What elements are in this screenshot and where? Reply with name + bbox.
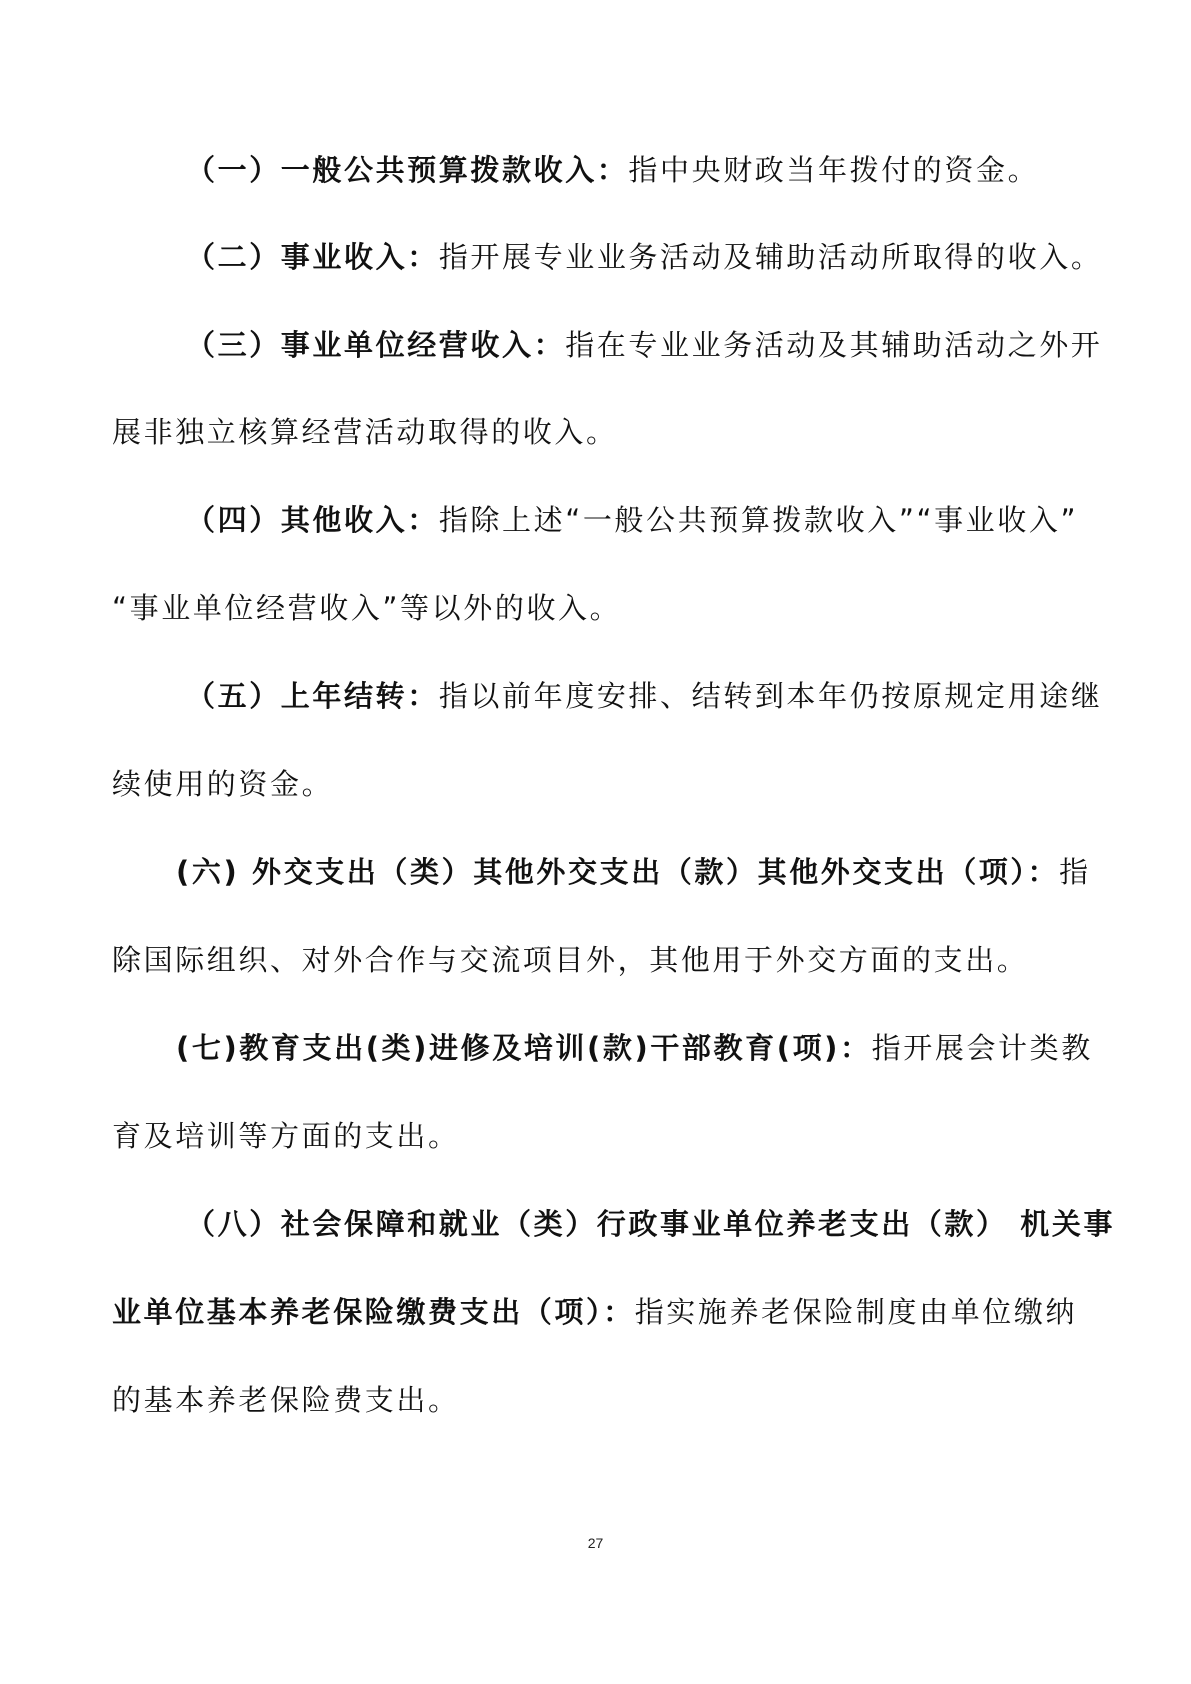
paragraph-4-line-2: “事业单位经营收入”等以外的收入。 bbox=[112, 588, 621, 628]
paragraph-6-line-1: (六) 外交支出（类）其他外交支出（款）其他外交支出（项）：指 bbox=[176, 852, 1091, 892]
paragraph-4-line-1: （四）其他收入：指除上述“一般公共预算拨款收入”“事业收入” bbox=[186, 500, 1078, 540]
paragraph-2-line-1: （二）事业收入：指开展专业业务活动及辅助活动所取得的收入。 bbox=[186, 237, 1102, 277]
paragraph-3-line-1: （三）事业单位经营收入：指在专业业务活动及其辅助活动之外开 bbox=[186, 325, 1102, 365]
page-number: 27 bbox=[0, 1535, 1191, 1551]
paragraph-7-line-1: (七)教育支出(类)进修及培训(款)干部教育(项)：指开展会计类教 bbox=[176, 1028, 1093, 1068]
paragraph-1-line-1: （一）一般公共预算拨款收入：指中央财政当年拨付的资金。 bbox=[186, 150, 1039, 190]
paragraph-7-line-2: 育及培训等方面的支出。 bbox=[112, 1116, 460, 1156]
paragraph-8-line-1: （八）社会保障和就业（类）行政事业单位养老支出（款） 机关事 bbox=[186, 1204, 1115, 1244]
paragraph-8-line-3: 的基本养老保险费支出。 bbox=[112, 1380, 460, 1420]
paragraph-3-line-2: 展非独立核算经营活动取得的收入。 bbox=[112, 412, 618, 452]
paragraph-6-line-2: 除国际组织、对外合作与交流项目外，其他用于外交方面的支出。 bbox=[112, 940, 1028, 980]
paragraph-8-line-2: 业单位基本养老保险缴费支出（项）：指实施养老保险制度由单位缴纳 bbox=[112, 1292, 1077, 1332]
paragraph-5-line-2: 续使用的资金。 bbox=[112, 764, 333, 804]
paragraph-5-line-1: （五）上年结转：指以前年度安排、结转到本年仍按原规定用途继 bbox=[186, 676, 1102, 716]
